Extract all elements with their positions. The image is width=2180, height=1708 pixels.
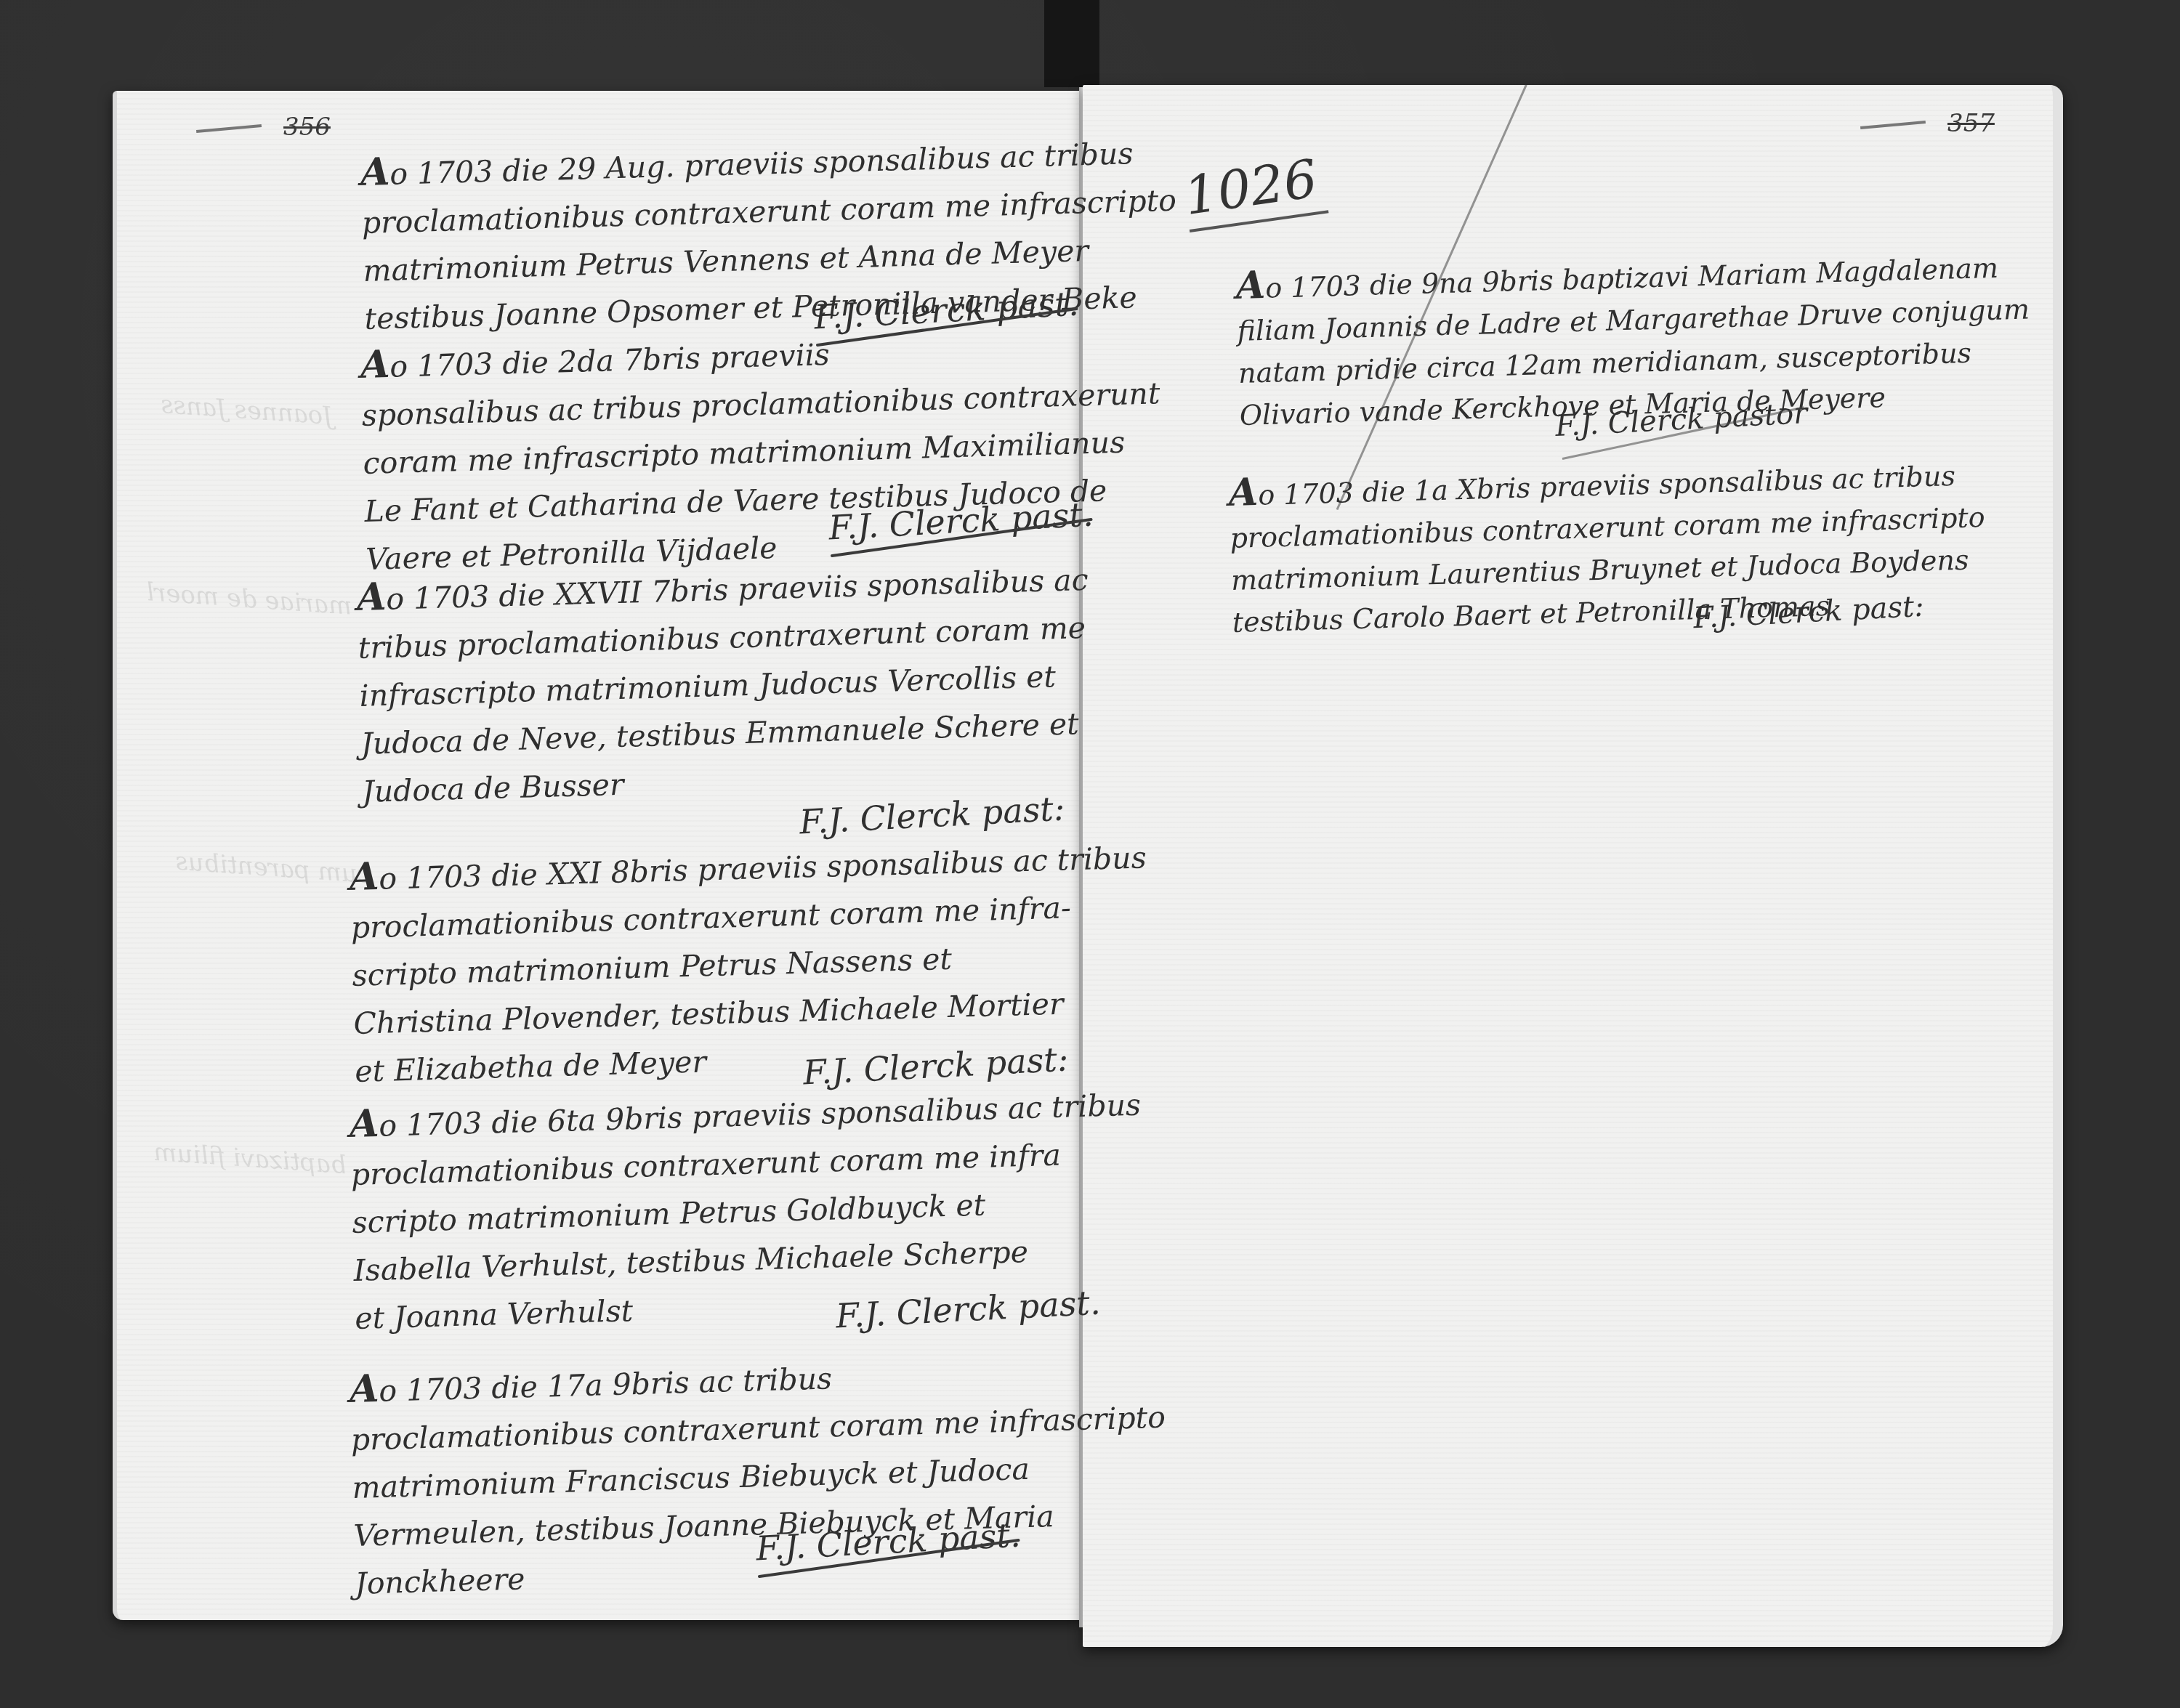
- register-entry: Ao 1703 die XXVII 7bris praeviis sponsal…: [356, 554, 1094, 816]
- register-entry: Ao 1703 die 2da 7bris praeviis sponsalib…: [360, 319, 1165, 583]
- folio-number-left: 356: [196, 113, 331, 142]
- folio-dash: [1860, 121, 1926, 129]
- binding-strip: [1044, 0, 1099, 87]
- folio-dash: [196, 124, 262, 133]
- folio-number-right: 357: [1860, 109, 1995, 138]
- ink-bleed-through: mariae de moerl: [145, 578, 353, 621]
- manuscript-scan: Joannes Janss mariae de moerl cum parent…: [0, 0, 2180, 1708]
- ink-bleed-through: Joannes Janss: [160, 390, 334, 431]
- ink-bleed-through: cum parentibus: [174, 847, 372, 890]
- ink-bleed-through: baptizavi filium: [153, 1138, 347, 1180]
